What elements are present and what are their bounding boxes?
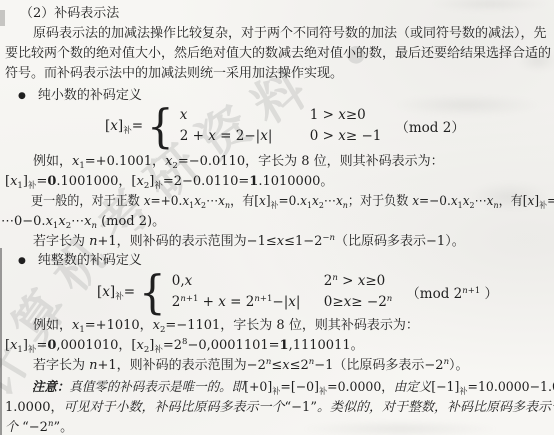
example-result-line: [x1]补=0.1001000，[x2]补=2−0.0110=1.1010000… bbox=[5, 172, 554, 192]
range-line: 若字长为 n+1，则补码的表示范围为−1≤x≤1−2−n（比原码多表示−1）。 bbox=[5, 232, 554, 252]
scanned-document-page: 计算机考研资料 • （2）补码表示法 原码表示法的加减法操作比较复杂，对于两个不… bbox=[0, 0, 554, 435]
paragraph-line: 原码表示法的加减法操作比较复杂，对于两个不同符号数的加法（或同符号数的减法），先 bbox=[5, 24, 554, 44]
note-line: 注意：真值零的补码表示是唯一的。即[+0]补=[−0]补=0.0000，由定义[… bbox=[5, 378, 532, 398]
paragraph-line: 要比较两个数的绝对值大小，然后绝对值大的数减去绝对值小的数，最后还要给结果选择合… bbox=[5, 44, 554, 64]
bullet-label: 纯整数的补码定义 bbox=[38, 253, 142, 268]
formula-cases: x 1 > x≥0 2 + x = 2−|x| 0 > x≥ −1 bbox=[180, 105, 382, 147]
formula-fraction-complement: [x]补= { x 1 > x≥0 2 + x = 2−|x| 0 > x≥ −… bbox=[105, 105, 554, 147]
formula-case-cond: 1 > x≥0 bbox=[310, 105, 366, 126]
formula-case-cond: 0≥x≥ −2n bbox=[324, 292, 393, 313]
bullet-label: 纯小数的补码定义 bbox=[38, 88, 142, 103]
example-result-line: [x1]补=0,0001010，[x2]补=28−0,0001101=1,111… bbox=[5, 336, 554, 356]
formula-cases: 0,x 2n > x≥0 2n+1 + x = 2n+1−|x| 0≥x≥ −2… bbox=[172, 271, 393, 313]
general-rule-line: 更一般的，对于正数 x=+0.x1x2⋯xn，有[x]补=0.x1x2⋯xn；对… bbox=[5, 192, 516, 212]
document-content: （2）补码表示法 原码表示法的加减法操作比较复杂，对于两个不同符号数的加法（或同… bbox=[0, 0, 554, 435]
formula-lhs: [x]补= bbox=[97, 284, 135, 300]
formula-integer-complement: [x]补= { 0,x 2n > x≥0 2n+1 + x = 2n+1−|x|… bbox=[97, 270, 554, 314]
formula-lhs: [x]补= bbox=[105, 118, 143, 134]
bullet-icon: ● bbox=[18, 256, 26, 266]
range-line: 若字长为 n+1，则补码的表示范围为−2n≤x≤2n−1（比原码多表示−2n）。 bbox=[5, 356, 554, 376]
formula-case-expr: 2 + x = 2−|x| bbox=[180, 126, 310, 147]
note-line: 1.0000，可见对于小数，补码比原码多表示一个“−1”。类似的，对于整数，补码… bbox=[5, 398, 554, 418]
bullet-icon: ● bbox=[18, 91, 26, 101]
section-heading: （2）补码表示法 bbox=[20, 4, 554, 24]
formula-case-expr: x bbox=[180, 105, 310, 126]
formula-modulus: （mod 2） bbox=[395, 116, 464, 136]
example-line: 例如，x1=+0.1001，x2=−0.0110，字长为 8 位，则其补码表示为… bbox=[5, 152, 554, 172]
paragraph-line: 符号。而补码表示法中的加减法则统一采用加法操作实现。 bbox=[5, 64, 554, 84]
bullet-item-integer-definition: ●纯整数的补码定义 bbox=[18, 252, 554, 270]
formula-modulus: （mod 2n+1 ） bbox=[406, 282, 498, 302]
formula-case-cond: 2n > x≥0 bbox=[324, 271, 386, 292]
formula-case-expr: 2n+1 + x = 2n+1−|x| bbox=[172, 292, 324, 313]
curly-brace-icon: { bbox=[139, 266, 166, 319]
example-line: 例如，x1=+1010，x2=−1101，字长为 8 位，则其补码表示为： bbox=[5, 316, 554, 336]
formula-case-expr: 0,x bbox=[172, 271, 324, 292]
bullet-item-fraction-definition: ●纯小数的补码定义 bbox=[18, 87, 554, 105]
general-rule-line: ⋯0−0.x1x2⋯xn (mod 2)。 bbox=[1, 212, 554, 232]
formula-case-cond: 0 > x≥ −1 bbox=[310, 126, 382, 147]
note-line: 个 “−2n”。 bbox=[5, 418, 554, 435]
curly-brace-icon: { bbox=[147, 100, 174, 153]
